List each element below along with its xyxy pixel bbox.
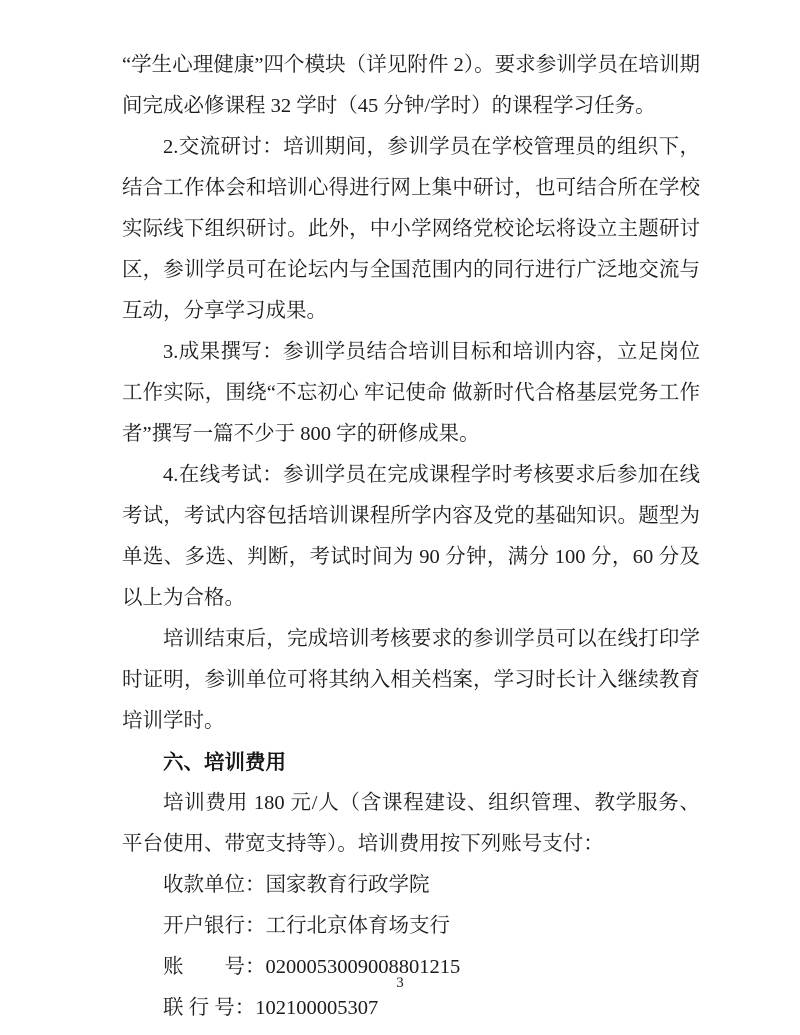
document-body: “学生心理健康”四个模块（详见附件 2）。要求参训学员在培训期间完成必修课程 3… [122,45,700,1029]
line-payee-unit: 收款单位：国家教育行政学院 [122,865,700,906]
page-number: 3 [0,975,800,992]
paragraph-online-exam: 4.在线考试：参训学员在完成课程学时考核要求后参加在线考试，考试内容包括培训课程… [122,455,700,619]
line-bank-clearing-number: 联 行 号：102100005307 [122,988,700,1029]
heading-training-fee: 六、培训费用 [122,742,700,783]
paragraph-discussion: 2.交流研讨：培训期间，参训学员在学校管理员的组织下，结合工作体会和培训心得进行… [122,127,700,332]
paragraph-course-modules: “学生心理健康”四个模块（详见附件 2）。要求参训学员在培训期间完成必修课程 3… [122,45,700,127]
paragraph-fee-description: 培训费用 180 元/人（含课程建设、组织管理、教学服务、平台使用、带宽支持等）… [122,783,700,865]
line-bank-name: 开户银行：工行北京体育场支行 [122,906,700,947]
paragraph-result-writing: 3.成果撰写：参训学员结合培训目标和培训内容，立足岗位工作实际，围绕“不忘初心 … [122,332,700,455]
paragraph-certificate: 培训结束后，完成培训考核要求的参训学员可以在线打印学时证明，参训单位可将其纳入相… [122,619,700,742]
document-page: “学生心理健康”四个模块（详见附件 2）。要求参训学员在培训期间完成必修课程 3… [0,0,800,1035]
